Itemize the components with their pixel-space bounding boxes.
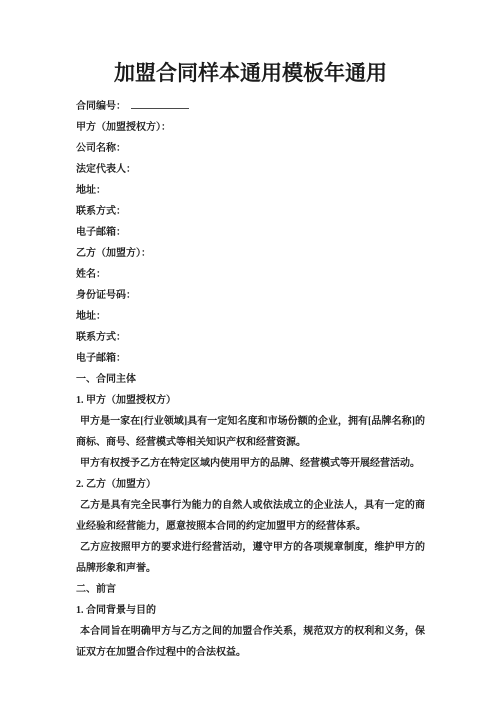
paragraph: 乙方是具有完全民事行为能力的自然人或依法成立的企业法人，具有一定的商业经验和经营… (76, 495, 425, 537)
contract-number-label: 合同编号： (76, 101, 126, 112)
contract-document-page: 加盟合同样本通用模板年通用 合同编号： 甲方（加盟授权方）： 公司名称： 法定代… (0, 0, 500, 707)
party-b-heading: 乙方（加盟方）： (76, 243, 425, 264)
party-a-address-label: 地址： (76, 180, 425, 201)
party-b-address-label: 地址： (76, 306, 425, 327)
party-b-contact-label: 联系方式： (76, 327, 425, 348)
party-a-heading: 甲方（加盟授权方）： (76, 117, 425, 138)
document-title: 加盟合同样本通用模板年通用 (76, 58, 425, 88)
party-a-company-name-label: 公司名称： (76, 138, 425, 159)
party-a-email-label: 电子邮箱： (76, 222, 425, 243)
section-1-sub-2-heading: 2. 乙方（加盟方） (76, 474, 425, 495)
paragraph: 乙方应按照甲方的要求进行经营活动，遵守甲方的各项规章制度，维护甲方的品牌形象和声… (76, 537, 425, 579)
contract-number-row: 合同编号： (76, 96, 425, 117)
section-1-heading: 一、合同主体 (76, 369, 425, 390)
section-2-heading: 二、前言 (76, 579, 425, 600)
section-2-sub-1-heading: 1. 合同背景与目的 (76, 600, 425, 621)
paragraph: 甲方有权授予乙方在特定区域内使用甲方的品牌、经营模式等开展经营活动。 (76, 453, 425, 474)
party-a-contact-label: 联系方式： (76, 201, 425, 222)
contract-number-blank-field (131, 98, 189, 109)
party-b-email-label: 电子邮箱： (76, 348, 425, 369)
party-a-legal-representative-label: 法定代表人： (76, 159, 425, 180)
paragraph: 甲方是一家在[行业领域]具有一定知名度和市场份额的企业，拥有[品牌名称]的商标、… (76, 411, 425, 453)
party-b-id-number-label: 身份证号码： (76, 285, 425, 306)
paragraph: 本合同旨在明确甲方与乙方之间的加盟合作关系，规范双方的权利和义务，保证双方在加盟… (76, 621, 425, 663)
section-1-sub-1-heading: 1. 甲方（加盟授权方） (76, 390, 425, 411)
party-b-name-label: 姓名： (76, 264, 425, 285)
